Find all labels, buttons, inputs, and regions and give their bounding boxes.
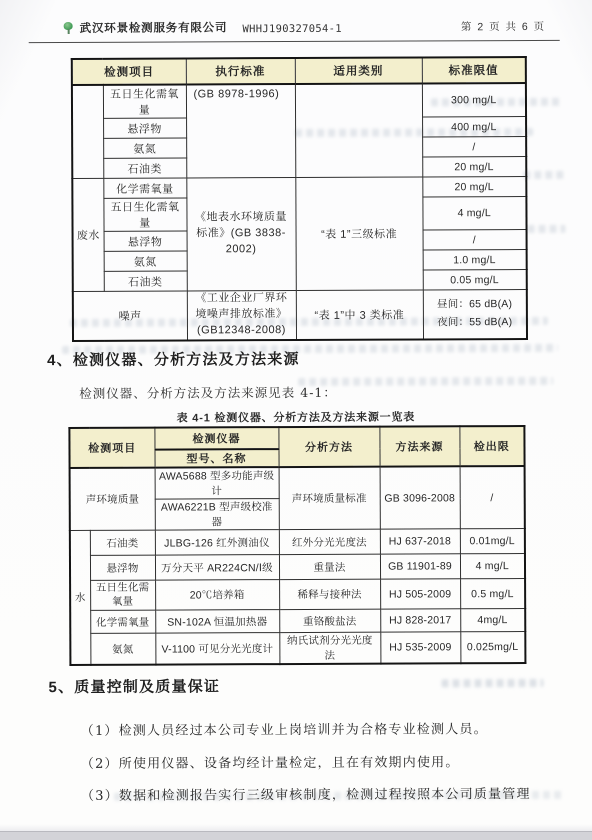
- source-cell: HJ 828-2017: [380, 609, 460, 632]
- bleed-through-artifact: [528, 225, 566, 233]
- nighttime-limit: 夜间：55 dB(A): [425, 314, 524, 332]
- instrument-cell: AWA6221B 型声级校准器: [155, 499, 279, 531]
- standard-cell: 《地表水环境质量标准》(GB 3838-2002): [186, 178, 295, 291]
- header-left: 武汉环景检测服务有限公司: [29, 19, 255, 36]
- report-number: WHHJ190327054-1: [242, 23, 341, 35]
- table-row-noise: 噪声 《工业企业厂界环境噪声排放标准》(GB12348-2008) “表 1”中…: [73, 289, 527, 340]
- table-row: 水 石油类 JLBG-126 红外测油仪 红外分光光度法 HJ 637-2018…: [70, 529, 525, 556]
- item-cell: 噪声: [73, 291, 187, 341]
- instrument-cell: SN-102A 恒温加热器: [155, 610, 279, 634]
- item-cell: 石油类: [103, 158, 186, 178]
- limit-cell: 0.5 mg/L: [460, 579, 525, 610]
- t1-group-cell-wastewater: 废水: [72, 178, 103, 291]
- item-cell: 悬浮物: [104, 231, 187, 251]
- limit-cell: /: [460, 466, 525, 529]
- method-cell: 声环境质量标准: [279, 467, 380, 530]
- section-4-intro: 检测仪器、分析方法及方法来源见表 4-1：: [79, 383, 337, 402]
- limit-cell: 0.01mg/L: [460, 529, 525, 554]
- source-cell: HJ 535-2009: [380, 632, 460, 664]
- table-row: 化学需氧量 SN-102A 恒温加热器 重铬酸盐法 HJ 828-2017 4m…: [70, 609, 525, 634]
- limit-cell: /: [422, 136, 526, 156]
- item-cell: 化学需氧量: [103, 178, 186, 198]
- item-cell: 化学需氧量: [90, 610, 155, 633]
- method-cell: 稀释与接种法: [279, 579, 380, 610]
- category-cell-empty: [295, 83, 422, 177]
- source-cell: HJ 505-2009: [380, 579, 460, 610]
- instrument-cell: 20℃培养箱: [155, 580, 279, 611]
- item-cell: 石油类: [104, 271, 187, 291]
- item-cell: 悬浮物: [90, 555, 155, 580]
- instruments-methods-table: 检测项目 检测仪器 分析方法 方法来源 检出限 型号、名称 声环境质量 AWA5…: [68, 425, 526, 666]
- limit-cell: 4 mg/L: [422, 196, 526, 229]
- method-cell: 重铬酸盐法: [279, 609, 380, 632]
- limit-cell: 400 mg/L: [422, 116, 526, 136]
- t2-col-header-limit: 检出限: [459, 426, 524, 466]
- limit-cell: 0.05 mg/L: [423, 269, 527, 289]
- t1-col-header-limit: 标准限值: [422, 57, 526, 83]
- quality-item-3: （3）数据和检测报告实行三级审核制度，检测过程按照本公司质量管理: [81, 783, 531, 804]
- standard-cell: (GB 8978-1996): [186, 84, 295, 178]
- standards-limits-table: 检测项目 执行标准 适用类别 标准限值 五日生化需氧量 (GB 8978-199…: [71, 56, 528, 342]
- bleed-through-artifact: [441, 679, 543, 687]
- standard-cell: 《工业企业厂界环境噪声排放标准》(GB12348-2008): [187, 291, 296, 341]
- section-4-title: 4、检测仪器、分析方法及方法来源: [47, 348, 300, 370]
- company-logo-icon: [63, 21, 74, 34]
- limit-cell: 0.025mg/L: [460, 632, 525, 664]
- table-4-1-caption: 表 4-1 检测仪器、分析方法及方法来源一览表: [68, 408, 523, 426]
- scan-bottom-shadow: [0, 824, 592, 831]
- t1-group-cell-empty: [72, 85, 103, 179]
- table-row: 五日生化需氧量 (GB 8978-1996) 300 mg/L: [72, 83, 526, 118]
- page-header: 武汉环景检测服务有限公司 WHHJ190327054-1 第 2 页 共 6 页: [29, 18, 560, 43]
- scan-bottom-edge: [0, 831, 592, 840]
- instrument-cell: 万分天平 AR224CN/Ⅰ级: [155, 555, 279, 581]
- table-row: 悬浮物 万分天平 AR224CN/Ⅰ级 重量法 GB 11901-89 4 mg…: [70, 554, 525, 581]
- bleed-through-artifact: [523, 171, 565, 179]
- table-row: 五日生化需氧量 20℃培养箱 稀释与接种法 HJ 505-2009 0.5 mg…: [70, 579, 525, 611]
- category-cell: “表 1”中 3 类标准: [296, 290, 423, 340]
- item-cell: 氨氮: [104, 251, 187, 271]
- quality-item-1: （1）检测人员经过本公司专业上岗培训并为合格专业检测人员。: [81, 718, 488, 739]
- limit-cell: 4mg/L: [460, 609, 525, 632]
- item-cell: 五日生化需氧量: [103, 84, 186, 118]
- category-cell: “表 1”三级标准: [295, 177, 422, 291]
- item-cell: 五日生化需氧量: [103, 198, 186, 231]
- section-5-title: 5、质量控制及质量保证: [48, 675, 220, 697]
- instrument-cell: V-1100 可见分光光度计: [155, 633, 279, 665]
- company-name: 武汉环景检测服务有限公司: [80, 19, 228, 36]
- t2-col-subheader-model: 型号、名称: [154, 449, 278, 468]
- table-row: 氨氮 V-1100 可见分光光度计 纳氏试剂分光光度法 HJ 535-2009 …: [70, 632, 525, 665]
- t1-col-header-standard: 执行标准: [186, 58, 295, 84]
- item-cell: 石油类: [90, 530, 155, 555]
- quality-item-2: （2）所使用仪器、设备均经计量检定，且在有效期内使用。: [81, 751, 460, 772]
- limit-cell: 4 mg/L: [460, 554, 525, 579]
- instrument-cell: JLBG-126 红外测油仪: [155, 530, 279, 556]
- item-cell: 声环境质量: [70, 468, 155, 531]
- limit-cell: 昼间：65 dB(A) 夜间：55 dB(A): [423, 289, 527, 339]
- item-cell: 氨氮: [103, 138, 186, 158]
- method-cell: 重量法: [279, 554, 380, 579]
- item-cell: 悬浮物: [103, 118, 186, 138]
- t2-header-row-1: 检测项目 检测仪器 分析方法 方法来源 检出限: [69, 426, 524, 450]
- table-row-sound: 声环境质量 AWA5688 型多功能声级计 声环境质量标准 GB 3096-20…: [70, 466, 525, 499]
- item-cell: 五日生化需氧量: [90, 580, 155, 611]
- limit-cell: 1.0 mg/L: [423, 249, 527, 269]
- method-cell: 红外分光光度法: [279, 529, 380, 554]
- t1-col-header-category: 适用类别: [295, 57, 422, 84]
- page-content: 武汉环景检测服务有限公司 WHHJ190327054-1 第 2 页 共 6 页…: [0, 0, 592, 840]
- instrument-cell: AWA5688 型多功能声级计: [155, 467, 279, 499]
- t1-header-row: 检测项目 执行标准 适用类别 标准限值: [72, 57, 526, 85]
- t2-col-header-method: 分析方法: [278, 427, 379, 467]
- source-cell: HJ 637-2018: [380, 529, 460, 554]
- method-cell: 纳氏试剂分光光度法: [279, 632, 380, 664]
- t2-col-header-source: 方法来源: [379, 426, 459, 466]
- t2-col-header-item: 检测项目: [69, 428, 154, 468]
- source-cell: GB 3096-2008: [380, 466, 460, 529]
- limit-cell: 20 mg/L: [422, 176, 526, 196]
- limit-cell: 20 mg/L: [422, 156, 526, 176]
- item-cell: 氨氮: [90, 633, 155, 665]
- table-row: 废水 化学需氧量 《地表水环境质量标准》(GB 3838-2002) “表 1”…: [72, 176, 526, 198]
- t2-group-cell-water: 水: [70, 530, 91, 665]
- limit-cell: /: [423, 229, 527, 249]
- source-cell: GB 11901-89: [380, 554, 460, 579]
- t1-col-header-item: 检测项目: [72, 58, 186, 84]
- t2-col-header-instrument: 检测仪器: [154, 427, 278, 450]
- daytime-limit: 昼间：65 dB(A): [425, 296, 524, 314]
- page-indicator: 第 2 页 共 6 页: [354, 19, 560, 35]
- limit-cell: 300 mg/L: [422, 83, 526, 117]
